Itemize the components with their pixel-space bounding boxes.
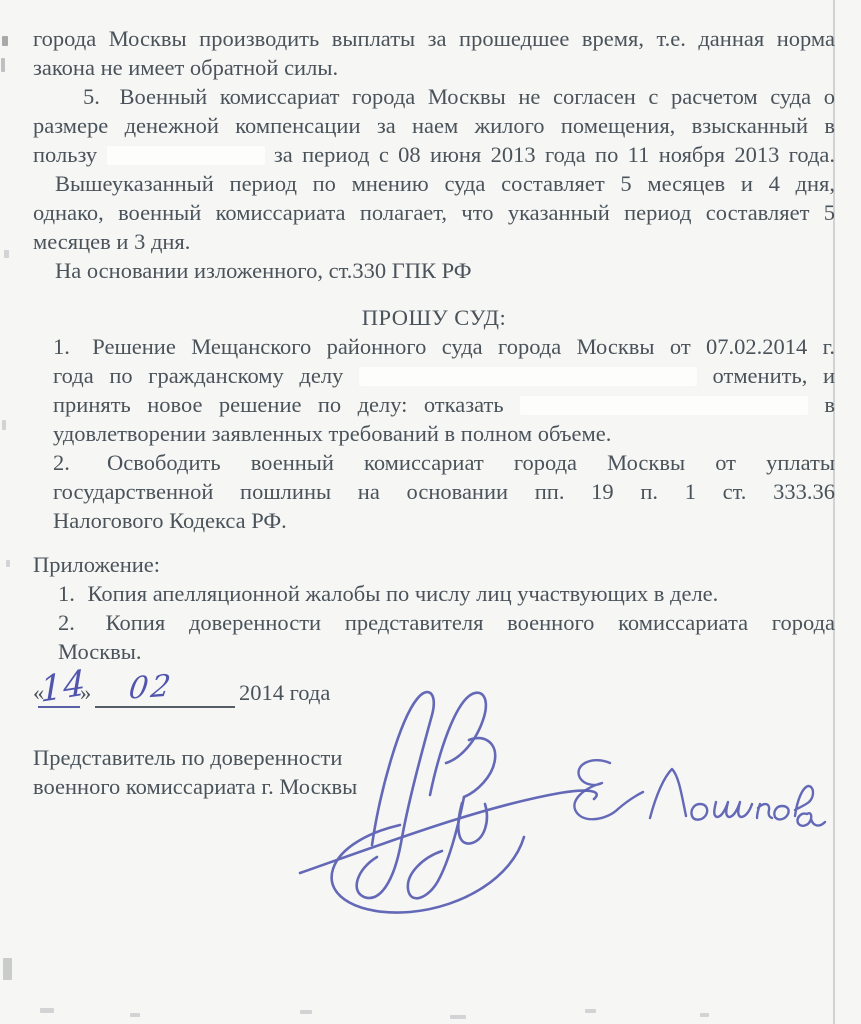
close-quote: » xyxy=(80,680,91,706)
body-text: Налогового Кодекса РФ. xyxy=(53,508,287,533)
list-number: 5. xyxy=(83,84,100,109)
text-line: удовлетворении заявленных требований в п… xyxy=(33,419,835,448)
body-text: однако, военный комиссариата полагает, ч… xyxy=(33,200,835,225)
text-line: города Москвы производить выплаты за про… xyxy=(33,24,835,53)
signature-name xyxy=(574,760,825,826)
text-line: На основании изложенного, ст.330 ГПК РФ xyxy=(33,256,835,285)
body-text: Вышеуказанный период по мнению суда сост… xyxy=(55,171,835,196)
body-text: принять новое решение по делу: отказать xyxy=(53,392,504,417)
text-line: года по гражданскому делу отменить, и xyxy=(33,361,835,390)
body-text: года по гражданскому делу xyxy=(53,363,343,388)
list-number: 2. xyxy=(58,610,75,635)
handwritten-month: 02 xyxy=(127,668,176,707)
month-underline xyxy=(95,706,235,708)
body-text: отменить, и xyxy=(713,363,835,388)
text-line: размере денежной компенсации за наем жил… xyxy=(33,111,835,140)
body-text: за период с 08 июня 2013 года по 11 нояб… xyxy=(274,142,835,167)
list-number: 1. xyxy=(58,581,75,606)
body-text: в xyxy=(824,392,835,417)
scan-speck xyxy=(3,958,12,980)
text-line: Москвы. xyxy=(33,637,835,666)
body-text: государственной пошлины на основании пп.… xyxy=(53,479,835,504)
body-text: Решение Мещанского районного суда города… xyxy=(92,334,835,359)
heading-text: ПРОШУ СУД: xyxy=(362,305,507,330)
signature-scrawl xyxy=(300,692,597,912)
text-line: закона не имеет обратной силы. xyxy=(33,53,835,82)
list-number: 1. xyxy=(53,334,70,359)
body-text: размере денежной компенсации за наем жил… xyxy=(33,113,835,138)
scan-speck xyxy=(585,1009,596,1013)
text-line: 5. Военный комиссариат города Москвы не … xyxy=(33,82,835,111)
body-text: месяцев и 3 дня. xyxy=(33,229,190,254)
scan-speck xyxy=(130,1013,140,1017)
text-line: однако, военный комиссариата полагает, ч… xyxy=(33,198,835,227)
body-text: На основании изложенного, ст.330 ГПК РФ xyxy=(55,258,472,283)
body-text: города Москвы производить выплаты за про… xyxy=(33,26,835,51)
redacted-area xyxy=(520,396,808,415)
text-line: месяцев и 3 дня. xyxy=(33,227,835,256)
list-number: 2. xyxy=(53,450,70,475)
text-line: 2. Копия доверенности представителя воен… xyxy=(33,608,835,637)
scan-speck xyxy=(450,1015,466,1019)
scan-speck xyxy=(700,1013,709,1017)
text-line: принять новое решение по делу: отказать … xyxy=(33,390,835,419)
scan-speck xyxy=(1,58,5,72)
body-text: Копия доверенности представителя военног… xyxy=(106,610,835,635)
document-page: города Москвы производить выплаты за про… xyxy=(0,0,861,1024)
redacted-area xyxy=(107,146,265,165)
scan-speck xyxy=(4,250,9,258)
redacted-area xyxy=(359,367,697,386)
scan-speck xyxy=(6,560,10,567)
scan-speck xyxy=(2,36,8,46)
text-line: 1. Копия апелляционной жалобы по числу л… xyxy=(33,579,835,608)
text-line: 1. Решение Мещанского районного суда гор… xyxy=(33,332,835,361)
scan-speck xyxy=(2,420,6,430)
body-text: Военный комиссариат города Москвы не сог… xyxy=(119,84,835,109)
text-line: Налогового Кодекса РФ. xyxy=(33,506,835,535)
signature xyxy=(262,685,847,920)
text-line: государственной пошлины на основании пп.… xyxy=(33,477,835,506)
attachments-title: Приложение: xyxy=(33,550,835,579)
body-text: Освободить военный комиссариат города Мо… xyxy=(107,450,835,475)
body-text: Москвы. xyxy=(58,639,142,664)
scan-speck xyxy=(300,1010,312,1014)
body-text: Приложение: xyxy=(33,552,160,577)
section-heading: ПРОШУ СУД: xyxy=(33,303,835,332)
body-text: закона не имеет обратной силы. xyxy=(33,55,338,80)
text-line: 2. Освободить военный комиссариат города… xyxy=(33,448,835,477)
body-text: пользу xyxy=(33,142,97,167)
body-text: Копия апелляционной жалобы по числу лиц … xyxy=(88,581,719,606)
text-line: пользу за период с 08 июня 2013 года по … xyxy=(33,140,835,169)
scan-speck xyxy=(40,1008,54,1013)
body-text: удовлетворении заявленных требований в п… xyxy=(53,421,611,446)
text-line: Вышеуказанный период по мнению суда сост… xyxy=(33,169,835,198)
